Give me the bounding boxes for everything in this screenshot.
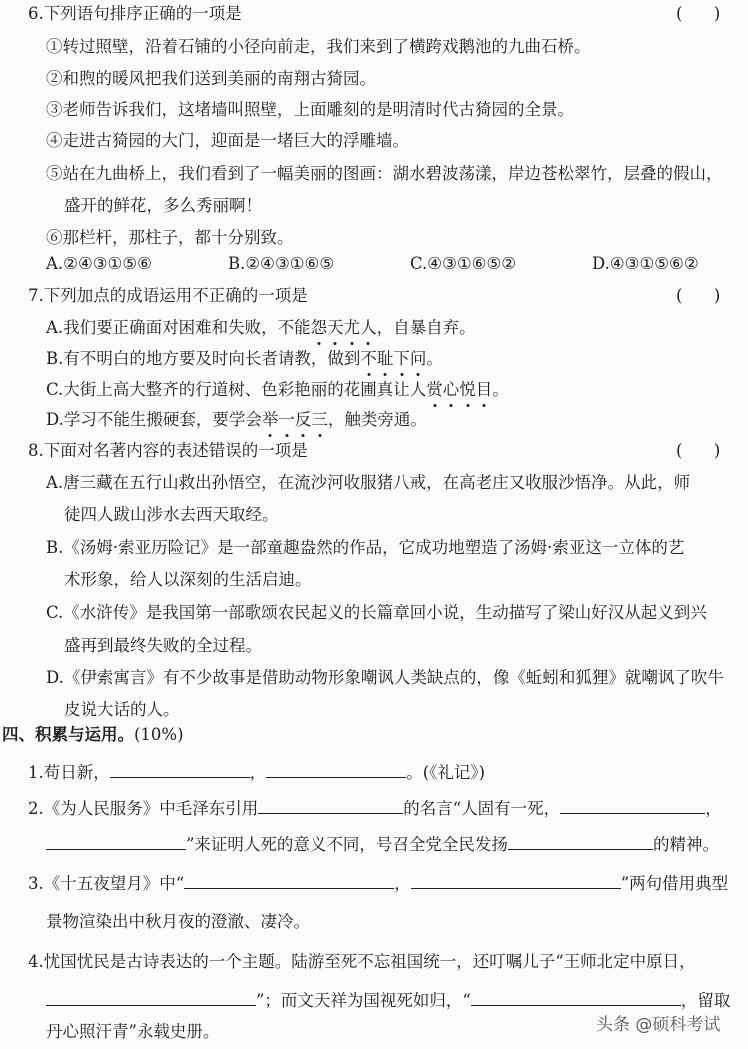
- answer-blank[interactable]: [560, 797, 705, 814]
- fill-q4: 4.忧国忧民是古诗表达的一个主题。陆游至死不忘祖国统一，还叮嘱儿子“王师北定中原…: [28, 952, 696, 972]
- q7-option-c-text: C.大街上高大整齐的行道树、色彩艳丽的花圃真让人: [46, 380, 426, 399]
- q6-sentence-3: ③老师告诉我们，这堵墙叫照壁，上面雕刻的是明清时代古猗园的全景。: [46, 100, 574, 120]
- answer-blank[interactable]: [266, 761, 406, 778]
- q6-sentence-4: ④走进古猗园的大门，迎面是一堵巨大的浮雕墙。: [46, 131, 409, 151]
- fill-q3-comma: ，: [394, 874, 411, 893]
- q7-option-a-text: A.我们要正确面对困难和失败，不能: [46, 318, 311, 337]
- emphasis-char: 赏: [426, 380, 443, 400]
- q6-option-b[interactable]: B.②④③①⑥⑤: [228, 254, 334, 274]
- fill-q4-cont: ”；而文天祥为国视死如归，“，留取: [46, 989, 730, 1011]
- fill-q3-text: ”两句借用典型: [621, 874, 728, 893]
- fill-q1-prefix: 1.苟日新，: [28, 763, 110, 782]
- answer-blank[interactable]: [46, 989, 256, 1006]
- fill-q2-text-2: ”来证明人死的意义不同，号召全党全民发扬: [186, 835, 508, 854]
- question-6-stem: 6.下列语句排序正确的一项是: [28, 4, 242, 24]
- q7-option-d-text-end: ，触类旁通。: [328, 410, 427, 429]
- q7-option-d-text: D.学习不能生搬硬套，要学会: [46, 410, 262, 429]
- fill-q4-text-2: ，留取: [681, 991, 731, 1010]
- q8-option-d[interactable]: D.《伊索寓言》有不少故事是借助动物形象嘲讽人类缺点的，像《蚯蚓和狐狸》就嘲讽了…: [46, 668, 724, 688]
- emphasis-char: 一: [278, 410, 295, 430]
- section-4-heading: 四、积累与运用。(10%): [2, 725, 184, 745]
- emphasis-char: 三: [311, 410, 328, 430]
- answer-blank[interactable]: [508, 833, 653, 850]
- fill-q4-text: ”；而文天祥为国视死如归，“: [256, 991, 471, 1010]
- q6-option-a[interactable]: A.②④③①⑤⑥: [46, 254, 152, 274]
- q7-option-d[interactable]: D.学习不能生搬硬套，要学会举一反三，触类旁通。: [46, 410, 427, 430]
- q7-option-a[interactable]: A.我们要正确面对困难和失败，不能怨天尤人，自暴自弃。: [46, 318, 476, 338]
- q8-option-b[interactable]: B.《汤姆·索亚历险记》是一部童趣盎然的作品，它成功地塑造了汤姆·索亚这一立体的…: [46, 538, 684, 558]
- q8-option-b-cont: 术形象，给人以深刻的生活启迪。: [64, 570, 312, 590]
- emphasis-char: 目: [476, 380, 493, 400]
- section-percent: (10%): [134, 725, 184, 744]
- q7-option-b[interactable]: B.有不明白的地方要及时向长者请教，做到不耻下问。: [46, 349, 443, 369]
- question-7-stem: 7.下列加点的成语运用不正确的一项是: [28, 286, 308, 306]
- emphasis-char: 天: [327, 318, 344, 338]
- q6-sentence-5-cont: 盛开的鲜花，多么秀丽啊！: [64, 196, 262, 216]
- watermark: 头条 @硕科考试: [596, 1010, 720, 1035]
- fill-q2: 2.《为人民服务》中毛泽东引用的名言“人固有一死，，: [28, 797, 722, 819]
- answer-bracket-q7[interactable]: ( ): [676, 286, 720, 306]
- q6-option-c[interactable]: C.④③①⑥⑤②: [410, 254, 516, 274]
- fill-q2-text: 的名言“人固有一死，: [403, 799, 560, 818]
- fill-q2-comma: ，: [705, 799, 722, 818]
- emphasis-char: 不: [360, 349, 377, 369]
- q8-option-c[interactable]: C.《水浒传》是我国第一部歌颂农民起义的长篇章回小说，生动描写了梁山好汉从起义到…: [46, 603, 707, 623]
- q8-option-d-cont: 皮说大话的人。: [64, 700, 180, 720]
- emphasis-char: 尤: [344, 318, 361, 338]
- emphasis-char: 反: [295, 410, 312, 430]
- fill-q1-source: 。(《礼记》): [406, 763, 485, 782]
- answer-blank[interactable]: [411, 872, 621, 889]
- fill-q4-end: 丹心照汗青”永载史册。: [46, 1022, 219, 1042]
- answer-blank[interactable]: [110, 761, 250, 778]
- answer-bracket-q6[interactable]: ( ): [676, 4, 720, 24]
- fill-q2-suffix: 的精神。: [653, 835, 719, 854]
- fill-q2-prefix: 2.《为人民服务》中毛泽东引用: [28, 799, 258, 818]
- answer-bracket-q8[interactable]: ( ): [676, 441, 720, 461]
- q8-option-a[interactable]: A.唐三藏在五行山救出孙悟空，在流沙河收服猪八戒，在高老庄又收服沙悟净。从此，师: [46, 473, 690, 493]
- emphasis-char: 问: [410, 349, 427, 369]
- q8-option-c-cont: 盛再到最终失败的全过程。: [64, 636, 262, 656]
- q6-option-d[interactable]: D.④③①⑤⑥②: [592, 254, 699, 274]
- answer-blank[interactable]: [471, 989, 681, 1006]
- emphasis-char: 下: [393, 349, 410, 369]
- q7-option-c-text-end: 。: [492, 380, 509, 399]
- emphasis-char: 怨: [311, 318, 328, 338]
- emphasis-char: 举: [262, 410, 279, 430]
- fill-q1-comma: ，: [250, 763, 267, 782]
- emphasis-char: 人: [360, 318, 377, 338]
- q6-sentence-2: ②和煦的暖风把我们送到美丽的南翔古猗园。: [46, 69, 376, 89]
- emphasis-char: 耻: [377, 349, 394, 369]
- q7-option-a-text-end: ，自暴自弃。: [377, 318, 476, 337]
- q6-sentence-1: ①转过照壁，沿着石铺的小径向前走，我们来到了横跨戏鹅池的九曲石桥。: [46, 37, 591, 57]
- answer-blank[interactable]: [184, 872, 394, 889]
- question-8-stem: 8.下面对名著内容的表述错误的一项是: [28, 441, 308, 461]
- emphasis-char: 悦: [459, 380, 476, 400]
- fill-q3-prefix: 3.《十五夜望月》中“: [28, 874, 184, 893]
- answer-blank[interactable]: [46, 833, 186, 850]
- q6-sentence-6: ⑥那栏杆，那柱子，都十分别致。: [46, 228, 294, 248]
- fill-q2-cont: ”来证明人死的意义不同，号召全党全民发扬的精神。: [46, 833, 719, 855]
- q6-sentence-5: ⑤站在九曲桥上，我们看到了一幅美丽的图画：湖水碧波荡漾，岸边苍松翠竹，层叠的假山…: [46, 164, 723, 184]
- fill-q3: 3.《十五夜望月》中“，”两句借用典型: [28, 872, 728, 894]
- fill-q1: 1.苟日新，，。(《礼记》): [28, 761, 485, 783]
- q7-option-b-text: B.有不明白的地方要及时向长者请教，做到: [46, 349, 360, 368]
- section-title: 四、积累与运用。: [2, 725, 134, 744]
- emphasis-char: 心: [443, 380, 460, 400]
- fill-q3-cont: 景物渲染出中秋月夜的澄澈、凄冷。: [46, 912, 310, 932]
- q8-option-a-cont: 徒四人跋山涉水去西天取经。: [64, 505, 279, 525]
- q7-option-b-text-end: 。: [426, 349, 443, 368]
- answer-blank[interactable]: [258, 797, 403, 814]
- q7-option-c[interactable]: C.大街上高大整齐的行道树、色彩艳丽的花圃真让人赏心悦目。: [46, 380, 509, 400]
